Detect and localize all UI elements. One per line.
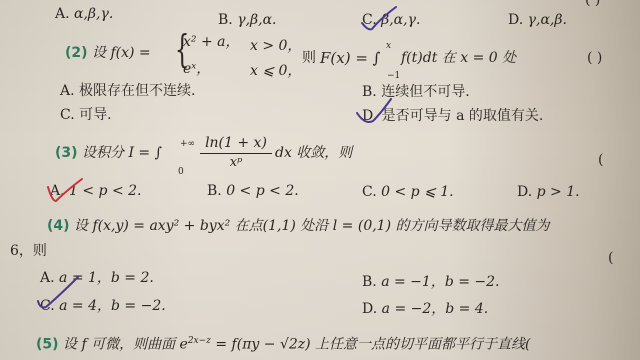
- q2-upper-limit: x: [386, 38, 391, 54]
- q5-stem: (5) 设 f 可微，则曲面 e2x−z = f(πy − √2z) 上任意一点…: [36, 333, 531, 353]
- q2-answer-bracket[interactable]: ( ): [587, 50, 602, 66]
- q3-upper-limit: +∞: [180, 136, 195, 152]
- q2-integrand: f(t)dt 在 x = 0 处: [401, 50, 516, 66]
- q3-number: (3): [55, 145, 78, 161]
- q5-exponent: 2x−z: [188, 336, 211, 346]
- q3-denominator: xᵖ: [200, 156, 272, 170]
- q4-option-d[interactable]: D. a = −2，b = 4.: [362, 301, 488, 317]
- q3-option-c[interactable]: C. 0 < p ⩽ 1.: [362, 184, 454, 200]
- q2-number: (2): [65, 45, 88, 61]
- q3-stem-prefix: (3) 设积分 I = ∫: [55, 145, 162, 161]
- q3-answer-bracket[interactable]: (: [598, 152, 603, 168]
- q3-option-a[interactable]: A. 1 < p < 2.: [50, 183, 142, 199]
- q4-stem: (4) 设 f(x,y) = axy² + byx² 在点(1,1) 处沿 l …: [47, 218, 550, 234]
- q2-option-c[interactable]: C. 可导.: [60, 107, 112, 123]
- q2-then: 则: [302, 50, 316, 66]
- q4-option-c[interactable]: C. a = 4，b = −2.: [40, 298, 166, 314]
- q1-option-c[interactable]: C. β,α,γ.: [362, 12, 420, 28]
- q1-option-b[interactable]: B. γ,β,α.: [218, 12, 276, 28]
- fraction-bar: [200, 153, 272, 154]
- q3-fraction: ln(1 + x) xᵖ: [200, 136, 272, 170]
- q1-option-d[interactable]: D. γ,α,β.: [508, 12, 567, 28]
- q2-F-definition: F(x) = ∫: [320, 50, 381, 66]
- q3-option-d[interactable]: D. p > 1.: [517, 184, 580, 200]
- q2-case2-cond: x ⩽ 0，: [250, 63, 301, 79]
- q2-lower-limit: −1: [387, 68, 400, 84]
- q2-case2-expr: eˣ，: [183, 61, 210, 77]
- q4-option-b[interactable]: B. a = −1，b = −2.: [362, 274, 500, 290]
- q2-option-a[interactable]: A. 极限存在但不连续.: [60, 83, 195, 99]
- q4-answer-bracket[interactable]: (: [608, 250, 613, 266]
- q2-case1-expr: x² + a，: [183, 34, 240, 50]
- q3-stem-suffix: dx 收敛，则: [275, 145, 352, 161]
- q4-stem-continuation: 6，则: [10, 243, 47, 259]
- q2-stem-prefix: (2) 设 f(x) =: [65, 45, 151, 61]
- q4-number: (4): [47, 218, 70, 234]
- q2-option-b[interactable]: B. 连续但不可导.: [362, 84, 470, 100]
- q1-answer-bracket[interactable]: ( ): [585, 0, 600, 8]
- q3-option-b[interactable]: B. 0 < p < 2.: [207, 183, 299, 199]
- q3-lower-limit: 0: [178, 164, 184, 180]
- q4-option-a[interactable]: A. a = 1，b = 2.: [40, 270, 154, 286]
- q3-numerator: ln(1 + x): [200, 136, 272, 151]
- q5-number: (5): [36, 337, 59, 353]
- q1-option-a[interactable]: A. α,β,γ.: [55, 6, 113, 22]
- q2-option-d[interactable]: D. 是否可导与 a 的取值有关.: [362, 108, 543, 124]
- q2-case1-cond: x > 0，: [250, 38, 301, 54]
